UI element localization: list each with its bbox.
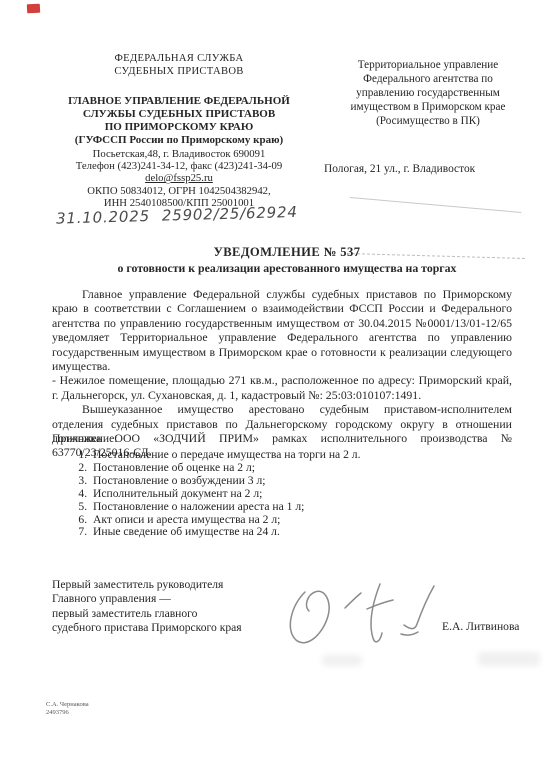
sender-agency-line: СУДЕБНЫХ ПРИСТАВОВ xyxy=(50,65,308,78)
sender-phone: Телефон (423)241-34-12, факс (423)241-34… xyxy=(50,160,308,172)
handwritten-signature xyxy=(283,578,448,660)
signer-position-line: Первый заместитель руководителя xyxy=(52,578,322,592)
red-corner-stamp xyxy=(27,4,40,14)
sender-email: delo@fssp25.ru xyxy=(50,172,308,184)
recipient-line: управлению государственным xyxy=(318,86,538,100)
signer-position: Первый заместитель руководителя Главного… xyxy=(52,578,322,636)
recipient-line: (Росимущество в ПК) xyxy=(318,114,538,128)
attachments-label: Приложение: xyxy=(52,432,512,446)
sender-department-line: (ГУФССП России по Приморскому краю) xyxy=(50,134,308,147)
title-block: УВЕДОМЛЕНИЕ № 537 о готовности к реализа… xyxy=(52,245,522,276)
signer-position-line: Главного управления — xyxy=(52,592,322,606)
scan-artifact-line xyxy=(350,197,521,213)
signer-position-line: первый заместитель главного xyxy=(52,607,322,621)
sender-okpo-ogrn: ОКПО 50834012, ОГРН 1042504382942, xyxy=(50,185,308,197)
recipient-line: Территориальное управление xyxy=(318,58,538,72)
handwritten-date: 31.10.2025 xyxy=(56,207,150,228)
document-subtitle: о готовности к реализации арестованного … xyxy=(52,261,522,276)
signer-position-line: судебного пристава Приморского края xyxy=(52,621,322,635)
recipient-address: Пологая, 21 ул., г. Владивосток xyxy=(318,162,538,176)
attachment-item: Постановление о передаче имущества на то… xyxy=(90,449,512,462)
handwritten-outgoing-number: 25902/25/62924 xyxy=(162,203,298,225)
attachments-section: Приложение: Постановление о передаче иму… xyxy=(52,432,512,539)
attachment-item: Постановление о возбуждении 3 л; xyxy=(90,475,512,488)
scan-smudge xyxy=(478,652,540,666)
sender-department-line: ГЛАВНОЕ УПРАВЛЕНИЕ ФЕДЕРАЛЬНОЙ xyxy=(50,95,308,108)
sender-letterhead: ФЕДЕРАЛЬНАЯ СЛУЖБА СУДЕБНЫХ ПРИСТАВОВ ГЛ… xyxy=(50,52,308,209)
executor-name: С.А. Чернакова xyxy=(46,701,89,709)
executor-phone: 2493796 xyxy=(46,709,89,717)
sender-address: Посьетская,48, г. Владивосток 690091 xyxy=(50,148,308,160)
attachment-item: Постановление о наложении ареста на 1 л; xyxy=(90,501,512,514)
attachment-item: Исполнительный документ на 2 л; xyxy=(90,488,512,501)
document-title: УВЕДОМЛЕНИЕ № 537 xyxy=(52,245,522,260)
signer-name: Е.А. Литвинова xyxy=(442,620,519,633)
executor-footer: С.А. Чернакова 2493796 xyxy=(46,701,89,717)
attachment-item: Иные сведение об имуществе на 24 л. xyxy=(90,526,512,539)
recipient-block: Территориальное управление Федерального … xyxy=(318,58,538,176)
recipient-line: Федерального агентства по xyxy=(318,72,538,86)
attachment-item: Постановление об оценке на 2 л; xyxy=(90,462,512,475)
scanned-document-page: ФЕДЕРАЛЬНАЯ СЛУЖБА СУДЕБНЫХ ПРИСТАВОВ ГЛ… xyxy=(0,0,558,767)
sender-department: ГЛАВНОЕ УПРАВЛЕНИЕ ФЕДЕРАЛЬНОЙ СЛУЖБЫ СУ… xyxy=(50,95,308,147)
attachments-list: Постановление о передаче имущества на то… xyxy=(52,449,512,539)
recipient-line: имуществом в Приморском крае xyxy=(318,100,538,114)
sender-department-line: СЛУЖБЫ СУДЕБНЫХ ПРИСТАВОВ xyxy=(50,108,308,121)
body-paragraph-property: - Нежилое помещение, площадью 271 кв.м.,… xyxy=(52,373,512,402)
sender-agency-line: ФЕДЕРАЛЬНАЯ СЛУЖБА xyxy=(50,52,308,65)
sender-department-line: ПО ПРИМОРСКОМУ КРАЮ xyxy=(50,121,308,134)
sender-contacts: Посьетская,48, г. Владивосток 690091 Тел… xyxy=(50,148,308,209)
body-paragraph: Главное управление Федеральной службы су… xyxy=(52,287,512,373)
